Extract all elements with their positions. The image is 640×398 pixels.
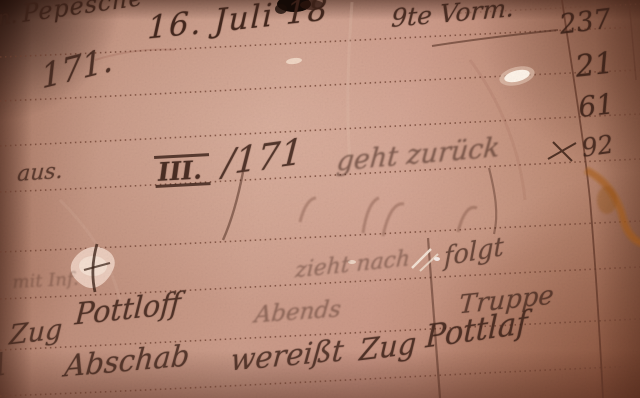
handwriting-order-prefix: aus. — [16, 161, 63, 186]
handwriting-faint-note: mit Inf. — [12, 271, 79, 292]
column-number-3: 61 — [577, 90, 615, 122]
handwriting-abends: Abends — [254, 298, 343, 327]
column-number-1: 237 — [558, 6, 612, 39]
column-number-2: 21 — [574, 49, 615, 83]
battalion-roman-numeral: III. — [154, 153, 210, 188]
dispatch-document-photo: n. Pepesche 16. Juli 18 9te Vorm. 237 21… — [0, 0, 640, 398]
handwriting-margin-mark: n. — [0, 5, 18, 27]
handwriting-zug-2: Zug — [358, 329, 417, 365]
column-number-4: 92 — [580, 132, 615, 161]
handwriting-zug-1: Zug — [9, 315, 63, 349]
